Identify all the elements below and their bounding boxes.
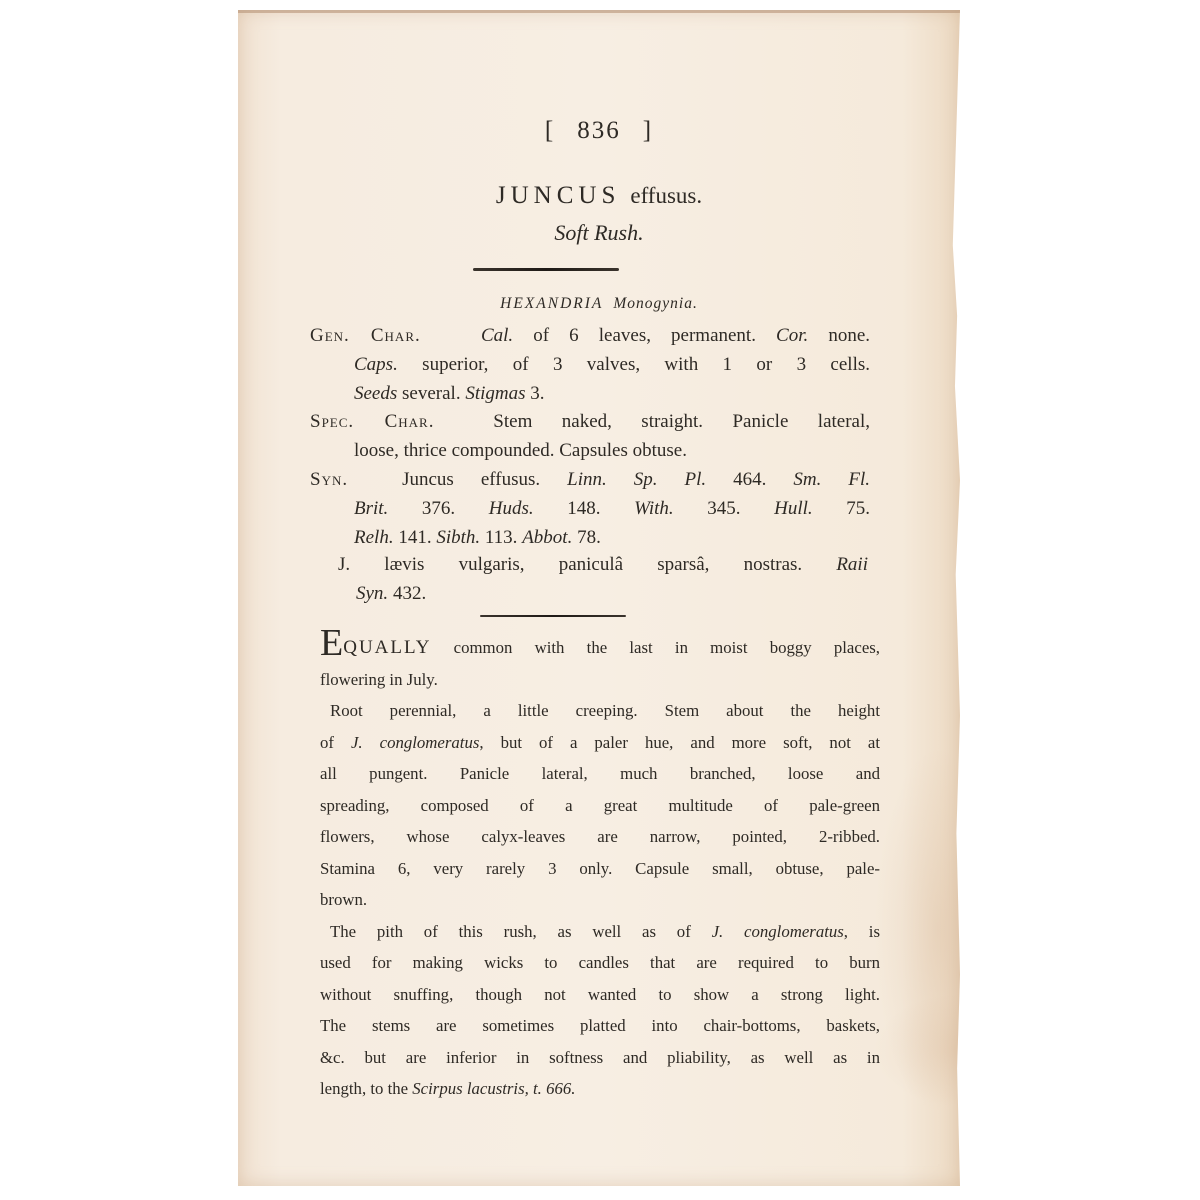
body-p2-line-6: Stamina 6, very rarely 3 only. Capsule s… xyxy=(320,853,880,885)
title-genus: JUNCUS xyxy=(496,182,620,209)
page-number-value: 836 xyxy=(577,117,621,144)
body-p3-line-4: The stems are sometimes platted into cha… xyxy=(320,1010,880,1042)
gen-char-term: Seeds xyxy=(354,383,397,404)
bracket-close: ] xyxy=(643,117,653,144)
alt-syn-text: 432. xyxy=(388,583,426,604)
spec-char-label: Spec. Char. xyxy=(310,411,434,432)
spec-char-line-2: loose, thrice compounded. Capsules obtus… xyxy=(310,436,870,465)
syn-ref: Sm. Fl. xyxy=(793,469,870,490)
order-name: Monogynia. xyxy=(613,295,697,312)
syn-text: 78. xyxy=(572,527,601,548)
spec-char-line-1: Spec. Char. Stem naked, straight. Panicl… xyxy=(310,407,870,436)
alt-syn-text: J. lævis vulgaris, paniculâ sparsâ, nost… xyxy=(338,554,836,575)
body-p3-line-2: used for making wicks to candles that ar… xyxy=(320,947,880,979)
body-p3-line-5: &c. but are inferior in softness and pli… xyxy=(320,1042,880,1074)
syn-ref: With. xyxy=(634,498,674,519)
common-name: Soft Rush. xyxy=(238,220,960,246)
alt-syn-ref: Raii xyxy=(836,554,868,575)
gen-char-term: Stigmas xyxy=(465,383,525,404)
page-number: [836] xyxy=(238,117,960,145)
class-name: HEXANDRIA xyxy=(500,295,603,312)
body-p2-line-1: Root perennial, a little creeping. Stem … xyxy=(320,695,880,727)
body-p2-line-4: spreading, composed of a great multitude… xyxy=(320,790,880,822)
body-p1-line-1: EQUALLY common with the last in moist bo… xyxy=(320,628,880,664)
book-page: [836] JUNCUSeffusus. Soft Rush. HEXANDRI… xyxy=(238,10,960,1186)
syn-text: Juncus effusus. xyxy=(402,469,567,490)
gen-char-label: Gen. Char. xyxy=(310,325,421,346)
bracket-open: [ xyxy=(545,117,555,144)
syn-text: 141. xyxy=(394,527,437,548)
alt-syn-line-2: Syn. 432. xyxy=(338,579,868,608)
specific-character: Spec. Char. Stem naked, straight. Panicl… xyxy=(310,407,870,465)
body-p2-line-7: brown. xyxy=(320,884,880,916)
gen-char-term: Cor. xyxy=(776,325,808,346)
gen-char-text: 3. xyxy=(526,383,545,404)
generic-character: Gen. Char. Cal. of 6 leaves, permanent. … xyxy=(310,321,870,408)
body-text-run: common with the last in moist boggy plac… xyxy=(431,638,880,657)
gen-char-text: none. xyxy=(808,325,870,346)
gen-char-text: several. xyxy=(397,383,465,404)
syn-ref: Huds. xyxy=(489,498,534,519)
syn-text: 113. xyxy=(480,527,522,548)
syn-line-2: Brit. 376. Huds. 148. With. 345. Hull. 7… xyxy=(310,494,870,523)
body-text: EQUALLY common with the last in moist bo… xyxy=(320,628,880,1105)
body-text-run: , is xyxy=(844,922,880,941)
syn-label: Syn. xyxy=(310,469,348,490)
syn-text: 148. xyxy=(534,498,634,519)
spec-char-text: Stem naked, straight. Panicle lateral, xyxy=(493,411,870,432)
syn-text: 345. xyxy=(674,498,774,519)
body-p2-line-2: of J. conglomeratus, but of a paler hue,… xyxy=(320,727,880,759)
species-ref: J. conglomeratus xyxy=(712,922,844,941)
syn-line-3: Relh. 141. Sibth. 113. Abbot. 78. xyxy=(310,523,870,552)
syn-ref: Hull. xyxy=(774,498,813,519)
body-p2-line-3: all pungent. Panicle lateral, much branc… xyxy=(320,758,880,790)
gen-char-term: Cal. xyxy=(481,325,513,346)
syn-text: 376. xyxy=(388,498,488,519)
gen-char-text: superior, of 3 valves, with 1 or 3 cells… xyxy=(398,354,870,375)
gen-char-line-2: Caps. superior, of 3 valves, with 1 or 3… xyxy=(310,350,870,379)
body-text-run: The pith of this rush, as well as of xyxy=(330,922,712,941)
alt-syn-ref: Syn. xyxy=(356,583,388,604)
syn-ref: Linn. Sp. Pl. xyxy=(567,469,706,490)
page-title: JUNCUSeffusus. xyxy=(238,182,960,210)
syn-ref: Brit. xyxy=(354,498,388,519)
gen-char-text: of 6 leaves, permanent. xyxy=(513,325,776,346)
gen-char-line-1: Gen. Char. Cal. of 6 leaves, permanent. … xyxy=(310,321,870,350)
syn-ref: Relh. xyxy=(354,527,394,548)
body-text-run: length, to the xyxy=(320,1079,412,1098)
title-species: effusus. xyxy=(630,183,702,208)
body-p2-line-5: flowers, whose calyx-leaves are narrow, … xyxy=(320,821,880,853)
synonyms: Syn. Juncus effusus. Linn. Sp. Pl. 464. … xyxy=(310,465,870,552)
lead-caps: QUALLY xyxy=(343,637,431,658)
species-ref: Scirpus lacustris, t. 666. xyxy=(412,1079,575,1098)
classification-line: HEXANDRIAMonogynia. xyxy=(238,295,960,313)
divider-rule xyxy=(480,615,626,617)
syn-text: 75. xyxy=(813,498,870,519)
syn-ref: Sibth. xyxy=(436,527,480,548)
body-text-run: , but of a paler hue, and more soft, not… xyxy=(479,733,880,752)
drop-cap: E xyxy=(320,622,343,664)
page-top-edge xyxy=(238,10,960,13)
body-p1-line-2: flowering in July. xyxy=(320,664,880,696)
gen-char-line-3: Seeds several. Stigmas 3. xyxy=(310,379,870,408)
alt-syn-line-1: J. lævis vulgaris, paniculâ sparsâ, nost… xyxy=(338,550,868,579)
syn-text: 464. xyxy=(706,469,793,490)
body-p3-line-3: without snuffing, though not wanted to s… xyxy=(320,979,880,1011)
divider-rule xyxy=(473,268,619,271)
syn-line-1: Syn. Juncus effusus. Linn. Sp. Pl. 464. … xyxy=(310,465,870,494)
body-p3-line-1: The pith of this rush, as well as of J. … xyxy=(320,916,880,948)
alternate-synonym: J. lævis vulgaris, paniculâ sparsâ, nost… xyxy=(338,550,868,608)
syn-ref: Abbot. xyxy=(522,527,572,548)
gen-char-term: Caps. xyxy=(354,354,398,375)
body-p3-line-6: length, to the Scirpus lacustris, t. 666… xyxy=(320,1073,880,1105)
species-ref: J. conglomeratus xyxy=(351,733,479,752)
body-text-run: of xyxy=(320,733,351,752)
